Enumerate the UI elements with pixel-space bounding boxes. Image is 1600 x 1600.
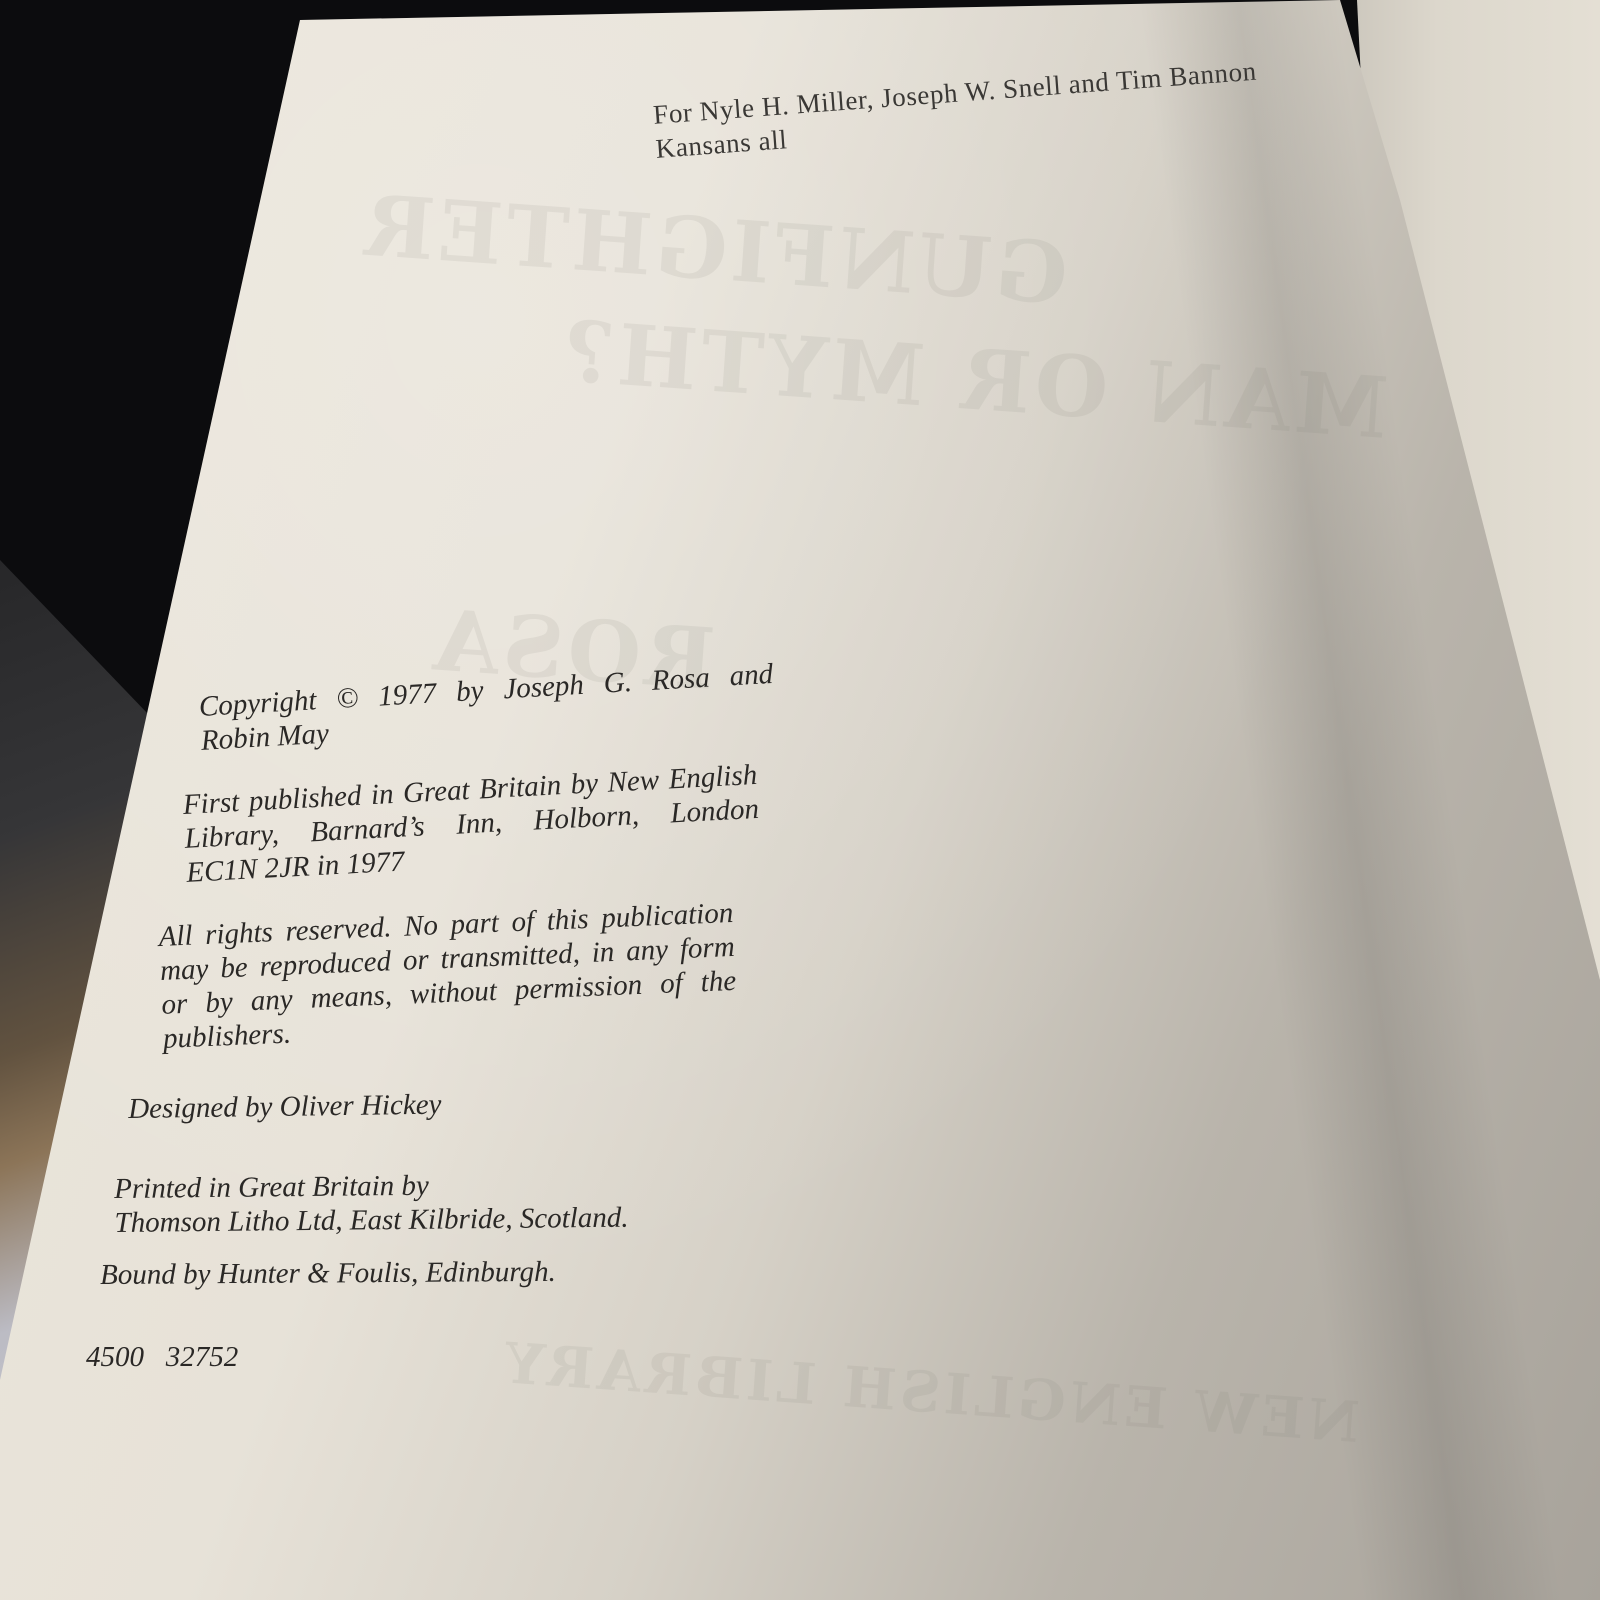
printer-line: Thomson Litho Ltd, East Kilbride, Scotla… xyxy=(114,1201,628,1240)
designer-credit: Designed by Oliver Hickey xyxy=(128,1088,442,1126)
binder-credit: Bound by Hunter & Foulis, Edinburgh. xyxy=(100,1255,556,1292)
catalogue-number: 4500 32752 xyxy=(86,1340,238,1374)
copyright-page: GUNFIGHTER MAN OR MYTH? ROSA NEW ENGLISH… xyxy=(0,0,1600,1600)
photo-scene: GUNFIGHTER MAN OR MYTH? ROSA NEW ENGLISH… xyxy=(0,0,1600,1600)
show-through-text: NEW ENGLISH LIBRARY xyxy=(499,1330,1362,1456)
show-through-text: GUNFIGHTER xyxy=(357,175,1070,323)
rights-notice: All rights reserved. No part of this pub… xyxy=(158,896,738,1056)
printer-credit: Printed in Great Britain by Thomson Lith… xyxy=(114,1167,629,1240)
first-published-notice: First published in Great Britain by New … xyxy=(182,758,762,890)
printer-line: Printed in Great Britain by xyxy=(114,1167,628,1206)
